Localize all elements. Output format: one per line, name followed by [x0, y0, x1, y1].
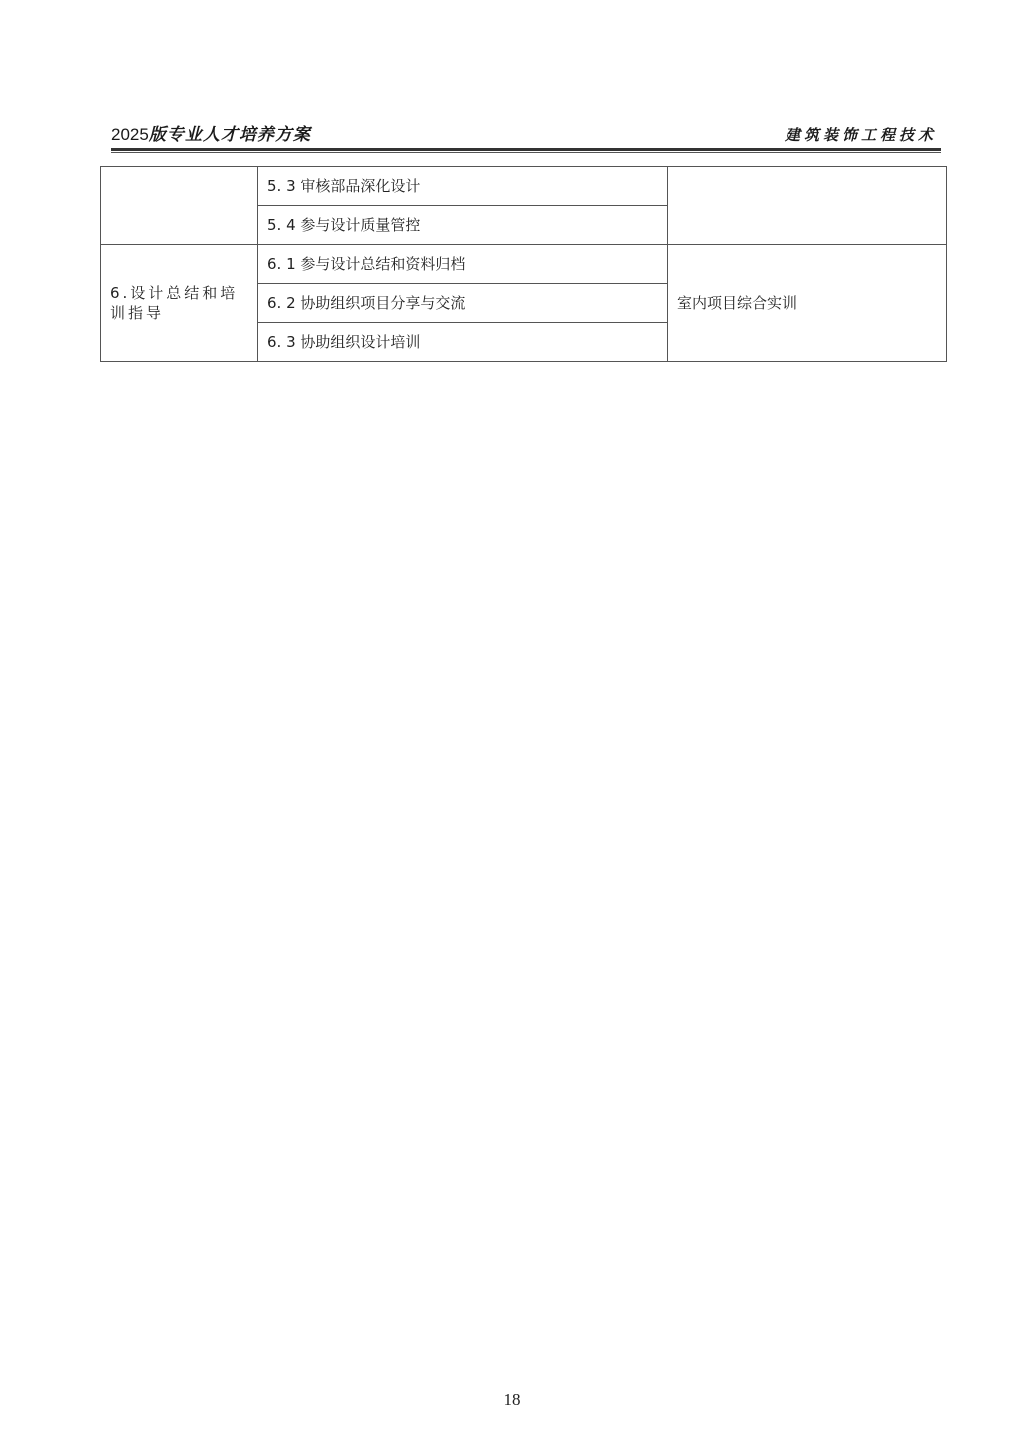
- document-year: 2025: [111, 125, 149, 144]
- subtask-cell: 6. 1 参与设计总结和资料归档: [258, 245, 668, 284]
- subtask-cell: 5. 4 参与设计质量管控: [258, 206, 668, 245]
- page-header: 2025版专业人才培养方案 建筑装饰工程技术: [111, 124, 941, 148]
- table-row: 6.设计总结和培训指导 6. 1 参与设计总结和资料归档 室内项目综合实训: [101, 245, 947, 284]
- course-cell: [668, 167, 947, 245]
- curriculum-table: 5. 3 审核部品深化设计 5. 4 参与设计质量管控 6.设计总结和培训指导 …: [100, 166, 947, 362]
- header-divider: [111, 148, 941, 154]
- subtask-cell: 5. 3 审核部品深化设计: [258, 167, 668, 206]
- table-row: 5. 3 审核部品深化设计: [101, 167, 947, 206]
- course-cell: 室内项目综合实训: [668, 245, 947, 362]
- subtask-cell: 6. 2 协助组织项目分享与交流: [258, 284, 668, 323]
- task-cell: [101, 167, 258, 245]
- page-number: 18: [0, 1390, 1024, 1410]
- document-title-text: 版专业人才培养方案: [149, 125, 311, 145]
- document-title: 2025版专业人才培养方案: [111, 120, 311, 145]
- task-cell: 6.设计总结和培训指导: [101, 245, 258, 362]
- program-name: 建筑装饰工程技术: [785, 124, 937, 145]
- subtask-cell: 6. 3 协助组织设计培训: [258, 323, 668, 362]
